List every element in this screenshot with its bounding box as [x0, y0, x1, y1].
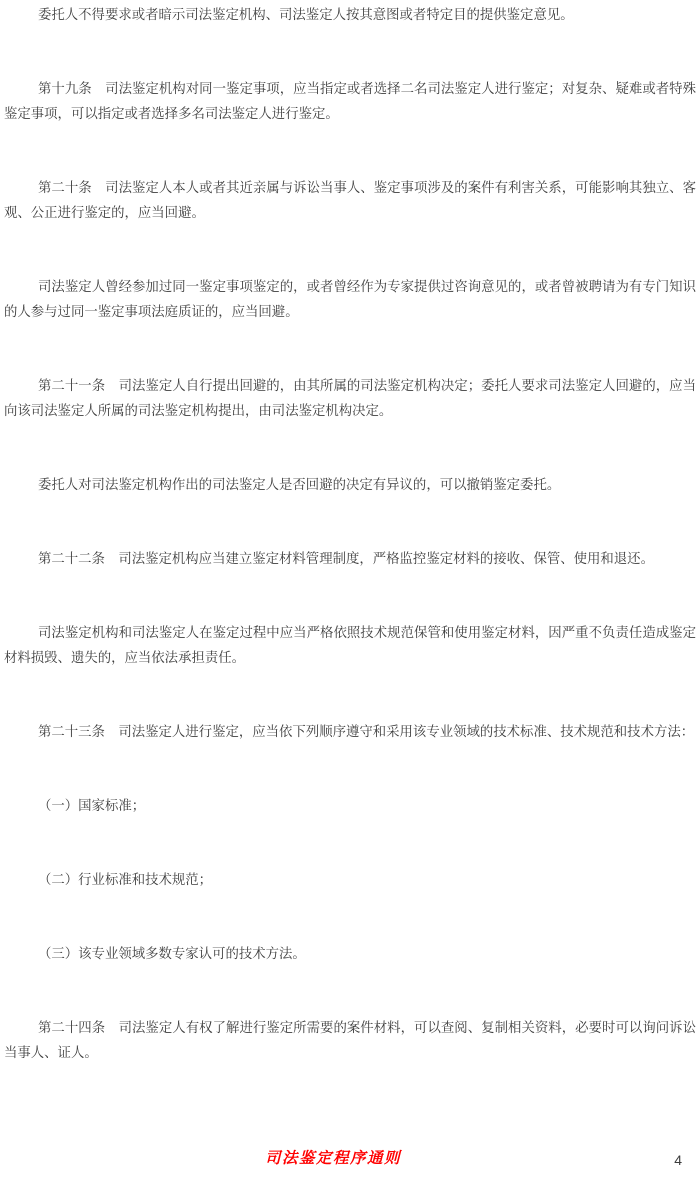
- document-paragraph-intro: 委托人不得要求或者暗示司法鉴定机构、司法鉴定人按其意图或者特定目的提供鉴定意见。: [4, 2, 696, 27]
- document-paragraph-article-23: 第二十三条 司法鉴定人进行鉴定，应当依下列顺序遵守和采用该专业领域的技术标准、技…: [4, 719, 696, 744]
- document-paragraph-article-22: 第二十二条 司法鉴定机构应当建立鉴定材料管理制度，严格监控鉴定材料的接收、保管、…: [4, 546, 696, 571]
- document-paragraph-article-24: 第二十四条 司法鉴定人有权了解进行鉴定所需要的案件材料，可以查阅、复制相关资料，…: [4, 1015, 696, 1065]
- document-paragraph-article-20: 第二十条 司法鉴定人本人或者其近亲属与诉讼当事人、鉴定事项涉及的案件有利害关系，…: [4, 175, 696, 225]
- document-list-item-2: （二）行业标准和技术规范；: [4, 867, 696, 892]
- document-paragraph-article-19: 第十九条 司法鉴定机构对同一鉴定事项，应当指定或者选择二名司法鉴定人进行鉴定；对…: [4, 76, 696, 126]
- document-page: 委托人不得要求或者暗示司法鉴定机构、司法鉴定人按其意图或者特定目的提供鉴定意见。…: [0, 0, 700, 1182]
- document-list-item-3: （三）该专业领域多数专家认可的技术方法。: [4, 941, 696, 966]
- document-list-item-1: （一）国家标准；: [4, 793, 696, 818]
- document-paragraph-article-20-cont: 司法鉴定人曾经参加过同一鉴定事项鉴定的，或者曾经作为专家提供过咨询意见的，或者曾…: [4, 274, 696, 324]
- footer-page-number: 4: [674, 1150, 682, 1170]
- document-paragraph-article-21-cont: 委托人对司法鉴定机构作出的司法鉴定人是否回避的决定有异议的，可以撤销鉴定委托。: [4, 472, 696, 497]
- page-footer: 司法鉴定程序通则 4: [4, 1146, 696, 1176]
- document-paragraph-article-22-cont: 司法鉴定机构和司法鉴定人在鉴定过程中应当严格依照技术规范保管和使用鉴定材料，因严…: [4, 620, 696, 670]
- document-paragraph-article-21: 第二十一条 司法鉴定人自行提出回避的，由其所属的司法鉴定机构决定；委托人要求司法…: [4, 373, 696, 423]
- footer-document-title: 司法鉴定程序通则: [0, 1146, 679, 1172]
